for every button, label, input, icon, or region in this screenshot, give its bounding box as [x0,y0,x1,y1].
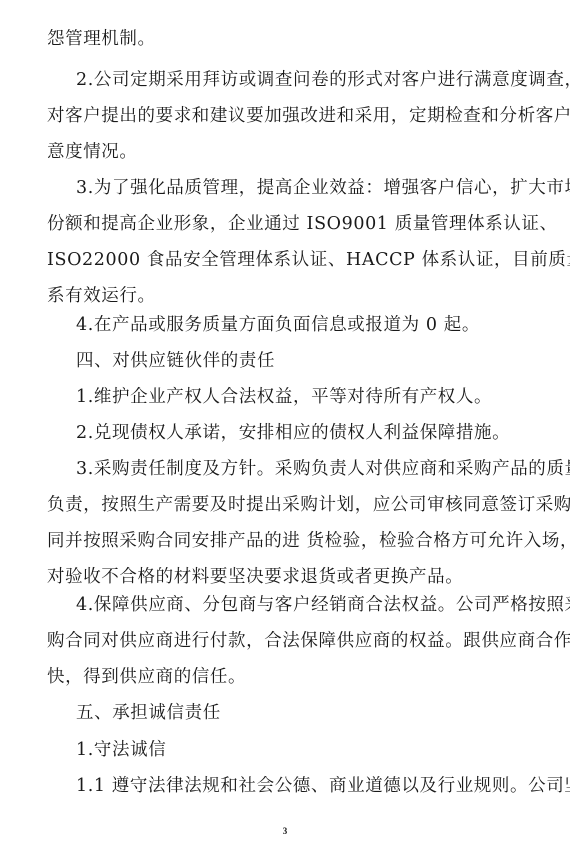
body-text-line: 4.在产品或服务质量方面负面信息或报道为 0 起。 [76,314,480,336]
section-heading: 四、对供应链伙伴的责任 [76,350,275,372]
section-heading: 五、承担诚信责任 [76,702,221,724]
body-text-line: 购合同对供应商进行付款，合法保障供应商的权益。跟供应商合作愉 [47,630,570,652]
subsection-heading: 1.守法诚信 [76,739,166,761]
body-text-line: 对验收不合格的材料要坚决要求退货或者更换产品。 [47,566,463,588]
document-page: 怨管理机制。 2.公司定期采用拜访或调查问卷的形式对客户进行满意度调查， 对客户… [0,0,570,848]
body-text-line: 3.为了强化品质管理，提高企业效益：增强客户信心，扩大市场 [76,177,570,199]
body-text-line: 意度情况。 [47,141,138,163]
body-text-line: 2.公司定期采用拜访或调查问卷的形式对客户进行满意度调查， [76,69,570,91]
body-text-line: ISO22000 食品安全管理体系认证、HACCP 体系认证，目前质量管理体 [47,249,570,271]
body-text-line: 4.保障供应商、分包商与客户经销商合法权益。公司严格按照采 [76,594,570,616]
body-text-line: 2.兑现债权人承诺，安排相应的债权人利益保障措施。 [76,422,510,444]
body-text-line: 份额和提高企业形象，企业通过 ISO9001 质量管理体系认证、 [47,213,558,235]
body-text-line: 系有效运行。 [47,285,156,307]
body-text-line: 1.维护企业产权人合法权益，平等对待所有产权人。 [76,386,492,408]
body-text-line: 对客户提出的要求和建议要加强改进和采用，定期检查和分析客户满 [47,105,570,127]
body-text-line: 怨管理机制。 [47,28,156,50]
body-text-line: 同并按照采购合同安排产品的进 货检验，检验合格方可允许入场， [47,530,570,552]
body-text-line: 3.采购责任制度及方针。采购负责人对供应商和采购产品的质量 [76,458,570,480]
body-text-line: 1.1 遵守法律法规和社会公德、商业道德以及行业规则。公司坚 [76,775,570,797]
body-text-line: 快，得到供应商的信任。 [47,666,246,688]
page-number: 3 [0,826,570,836]
body-text-line: 负责，按照生产需要及时提出采购计划，应公司审核同意签订采购合 [47,494,570,516]
